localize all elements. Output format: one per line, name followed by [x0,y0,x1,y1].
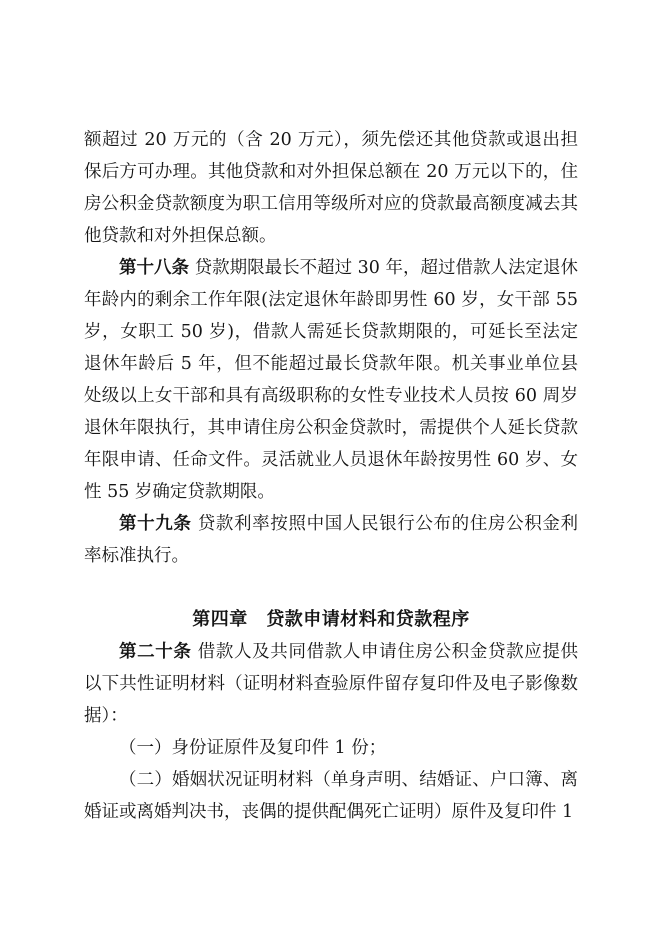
list-item-1-id-card: （一）身份证原件及复印件 1 份； [84,732,578,764]
paragraph-continued-from-previous-page: 额超过 20 万元的（含 20 万元），须先偿还其他贷款或退出担保后方可办理。其… [84,124,578,252]
paragraph-article-20: 第二十条 借款人及共同借款人申请住房公积金贷款应提供以下共性证明材料（证明材料查… [84,636,578,732]
list-item-2-marital-status: （二）婚姻状况证明材料（单身声明、结婚证、户口簿、离婚证或离婚判决书，丧偶的提供… [84,764,578,828]
article-18-text: 贷款期限最长不超过 30 年，超过借款人法定退休年龄内的剩余工作年限(法定退休年… [84,258,578,502]
paragraph-article-18: 第十八条 贷款期限最长不超过 30 年，超过借款人法定退休年龄内的剩余工作年限(… [84,252,578,508]
article-19-number: 第十九条 [119,514,192,534]
chapter-4-heading: 第四章 贷款申请材料和贷款程序 [84,604,578,636]
document-page: 额超过 20 万元的（含 20 万元），须先偿还其他贷款或退出担保后方可办理。其… [0,0,662,936]
paragraph-article-19: 第十九条 贷款利率按照中国人民银行公布的住房公积金利率标准执行。 [84,508,578,572]
article-20-number: 第二十条 [119,642,192,662]
article-18-number: 第十八条 [119,258,189,278]
